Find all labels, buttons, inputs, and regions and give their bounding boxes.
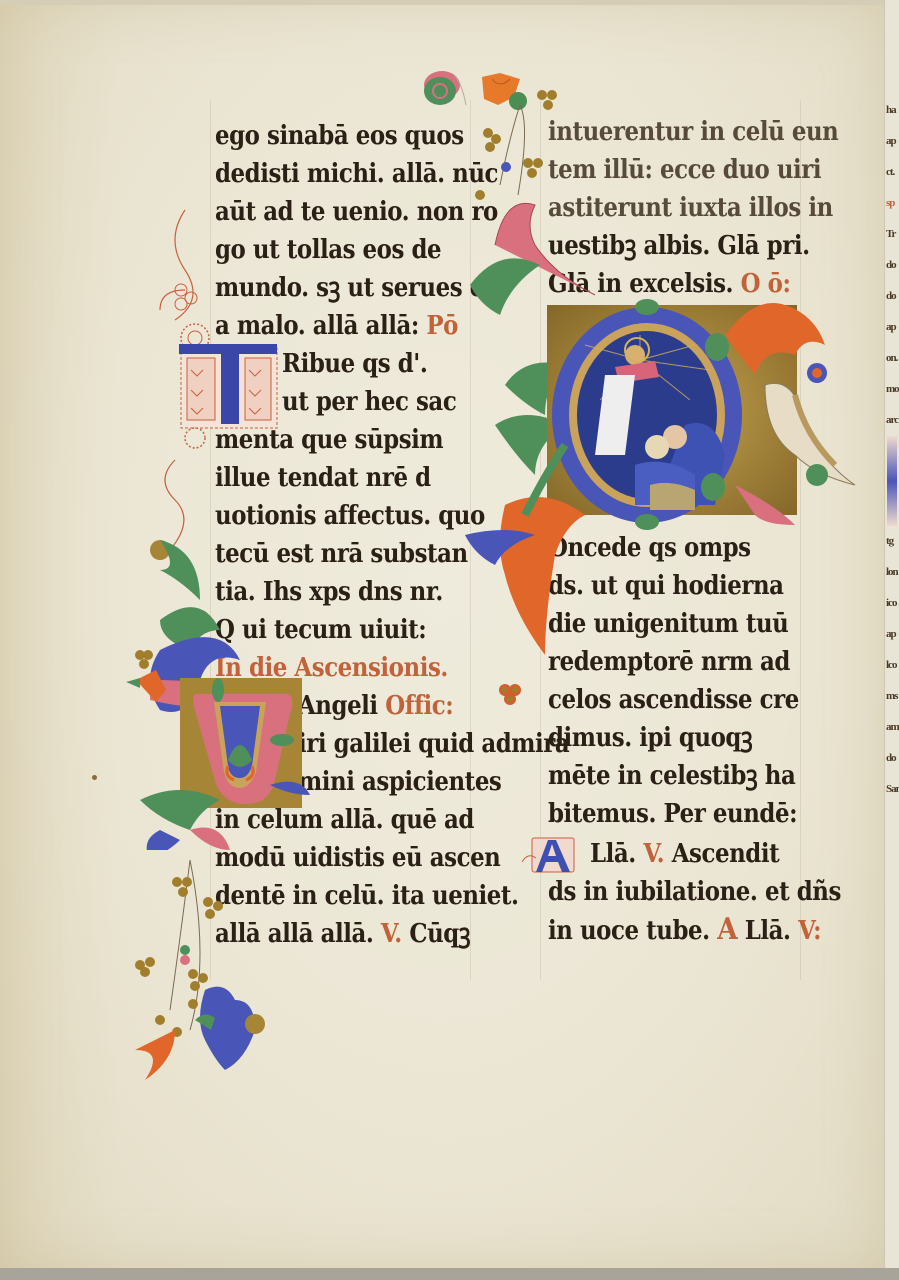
text-line: go ut tollas eos de xyxy=(215,232,441,268)
text-line: bitemus. Per eundē: xyxy=(548,796,797,832)
fragment-text: sp xyxy=(885,188,899,219)
rubric-postcommunio: Pō xyxy=(426,311,458,341)
text-span: in uoce tube. xyxy=(548,916,710,946)
bottom-marginal-flourish xyxy=(115,840,285,1090)
top-marginal-flourish xyxy=(410,55,570,205)
text-line: intuerentur in celū eun xyxy=(548,114,838,150)
page-top-edge xyxy=(0,0,884,5)
fragment-text: ms xyxy=(885,681,899,712)
text-line: mēte in celestibꝫ ha xyxy=(548,758,795,794)
fragment-text: ap xyxy=(885,312,899,343)
gold-bead-cluster xyxy=(495,680,525,710)
penwork-initial-A: A xyxy=(717,912,737,947)
text-line: Llā. V. Ascendit xyxy=(590,836,779,872)
penwork-initial-A-blue xyxy=(520,832,582,878)
rubric-versicle: V. xyxy=(381,919,402,949)
fragment-text: Tr xyxy=(885,219,899,250)
text-span: Ascendit xyxy=(672,839,779,869)
text-line: in uoce tube. A Llā. V: xyxy=(548,912,821,948)
rubric-versicle: V. xyxy=(643,839,664,869)
text-line: mini aspicientes xyxy=(298,764,501,800)
fragment-text: lon xyxy=(885,557,899,588)
rubric-officium: Offic: xyxy=(385,691,453,721)
fragment-text: mo xyxy=(885,374,899,405)
text-line: illue tendat nrē d xyxy=(215,460,431,496)
fragment-initial xyxy=(887,436,897,526)
text-span: Llā. xyxy=(590,839,636,869)
fragment-text: ha xyxy=(885,95,899,126)
fragment-text: do xyxy=(885,743,899,774)
fragment-text: ct. xyxy=(885,157,899,188)
fragment-text: ap xyxy=(885,619,899,650)
ink-speck xyxy=(92,775,97,780)
text-line: celos ascendisse cre xyxy=(548,682,799,718)
decorated-initial-V xyxy=(120,530,320,850)
historiated-initial-C-ascension xyxy=(465,185,865,655)
fragment-text: on. xyxy=(885,343,899,374)
text-span: Cūqꝫ xyxy=(409,919,470,949)
fragment-text: arc xyxy=(885,405,899,436)
text-line: ds in iubilatione. et dñs xyxy=(548,874,841,910)
rubric-versicle: V: xyxy=(798,916,821,946)
fragment-text: tg xyxy=(885,526,899,557)
text-line: dimus. ipi quoqꝫ xyxy=(548,720,752,756)
text-line: Ribue qs d'. xyxy=(282,346,427,382)
fragment-text: do xyxy=(885,250,899,281)
penwork-flourish xyxy=(145,200,215,560)
fragment-text: San xyxy=(885,774,899,805)
fragment-text: ico xyxy=(885,588,899,619)
fragment-text: ap xyxy=(885,126,899,157)
fragment-text: lco xyxy=(885,650,899,681)
text-line: Angeli Offic: xyxy=(298,688,453,724)
text-line: tem illū: ecce duo uiri xyxy=(548,152,821,188)
manuscript-page: ego sinabā eos quos dedisti michi. allā.… xyxy=(0,0,884,1270)
text-line: iri galilei quid admira xyxy=(298,726,569,762)
fragment-text: do xyxy=(885,281,899,312)
text-line: ut per hec sac xyxy=(282,384,456,420)
scan-background xyxy=(0,1268,899,1280)
text-line: uotionis affectus. quo xyxy=(215,498,485,534)
facing-page-edge: ha ap ct. sp Tr do do ap on. mo arc tg l… xyxy=(884,0,899,1270)
text-span: Llā. xyxy=(745,916,791,946)
fragment-text: ame xyxy=(885,712,899,743)
